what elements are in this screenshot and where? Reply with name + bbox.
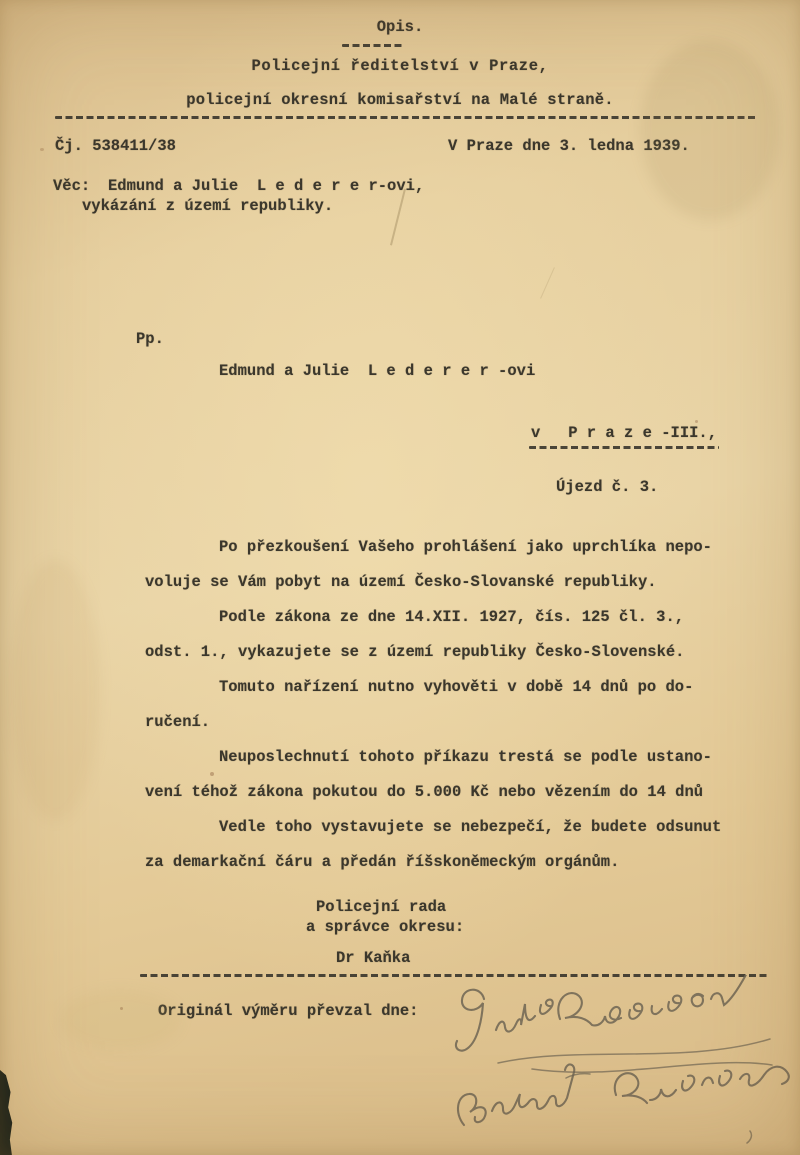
age-stain: [10, 560, 100, 820]
body-line: Po přezkoušení Vašeho prohlášení jako up…: [145, 538, 765, 573]
signature-edmund-lederer: [458, 1064, 789, 1143]
age-spot: [120, 1007, 123, 1010]
place-date: V Praze dne 3. ledna 1939.: [448, 136, 690, 156]
body-line: Neuposlechnutí tohoto příkazu trestá se …: [145, 748, 765, 783]
signature-julie-ledererova: [456, 975, 772, 1072]
subject-line2: vykázání z území republiky.: [82, 196, 333, 216]
office-name-line1: Policejní ředitelství v Praze,: [0, 56, 800, 76]
body-line: vení téhož zákona pokutou do 5.000 Kč ne…: [145, 783, 765, 818]
scan-artifact: [0, 1070, 17, 1155]
body-line: za demarkační čáru a předán říšskoněmeck…: [145, 853, 765, 888]
body-line: Vedle toho vystavujete se nebezpečí, že …: [145, 818, 765, 853]
copy-label-underline: [342, 44, 402, 47]
body-line: ručení.: [145, 713, 765, 748]
addressee-city: v P r a z e -III.,: [531, 423, 717, 443]
body-line: odst. 1., vykazujete se z území republik…: [145, 643, 765, 678]
header-divider: [55, 116, 757, 119]
salutation: Pp.: [136, 329, 164, 349]
body-line: Tomuto nařízení nutno vyhověti v době 14…: [145, 678, 765, 713]
addressee-city-underline: [529, 446, 719, 449]
office-name-line2: policejní okresní komisařství na Malé st…: [0, 90, 800, 110]
body-line: voluje se Vám pobyt na území Česko-Slova…: [145, 573, 765, 608]
subject-label: Věc:: [53, 176, 90, 196]
letter-body: Po přezkoušení Vašeho prohlášení jako up…: [145, 538, 765, 888]
paper-crease: [390, 189, 405, 246]
receipt-line: Originál výměru převzal dne:: [158, 1001, 418, 1021]
signoff-title-line1: Policejní rada: [316, 897, 446, 917]
copy-label: Opis.: [0, 17, 800, 37]
reference-number: Čj. 538411/38: [55, 136, 176, 156]
addressee-name: Edmund a Julie L e d e r e r -ovi: [219, 361, 535, 381]
signer-name: Dr Kaňka: [336, 948, 410, 968]
age-spot: [40, 148, 44, 151]
scanned-document-page: Opis. Policejní ředitelství v Praze, pol…: [0, 0, 800, 1155]
handwritten-signatures: [420, 975, 800, 1155]
body-line: Podle zákona ze dne 14.XII. 1927, čís. 1…: [145, 608, 765, 643]
paper-crease: [540, 267, 555, 299]
signoff-title-line2: a správce okresu:: [306, 917, 464, 937]
addressee-street: Újezd č. 3.: [556, 477, 658, 497]
subject-line1: Edmund a Julie L e d e r e r-ovi,: [108, 176, 424, 196]
